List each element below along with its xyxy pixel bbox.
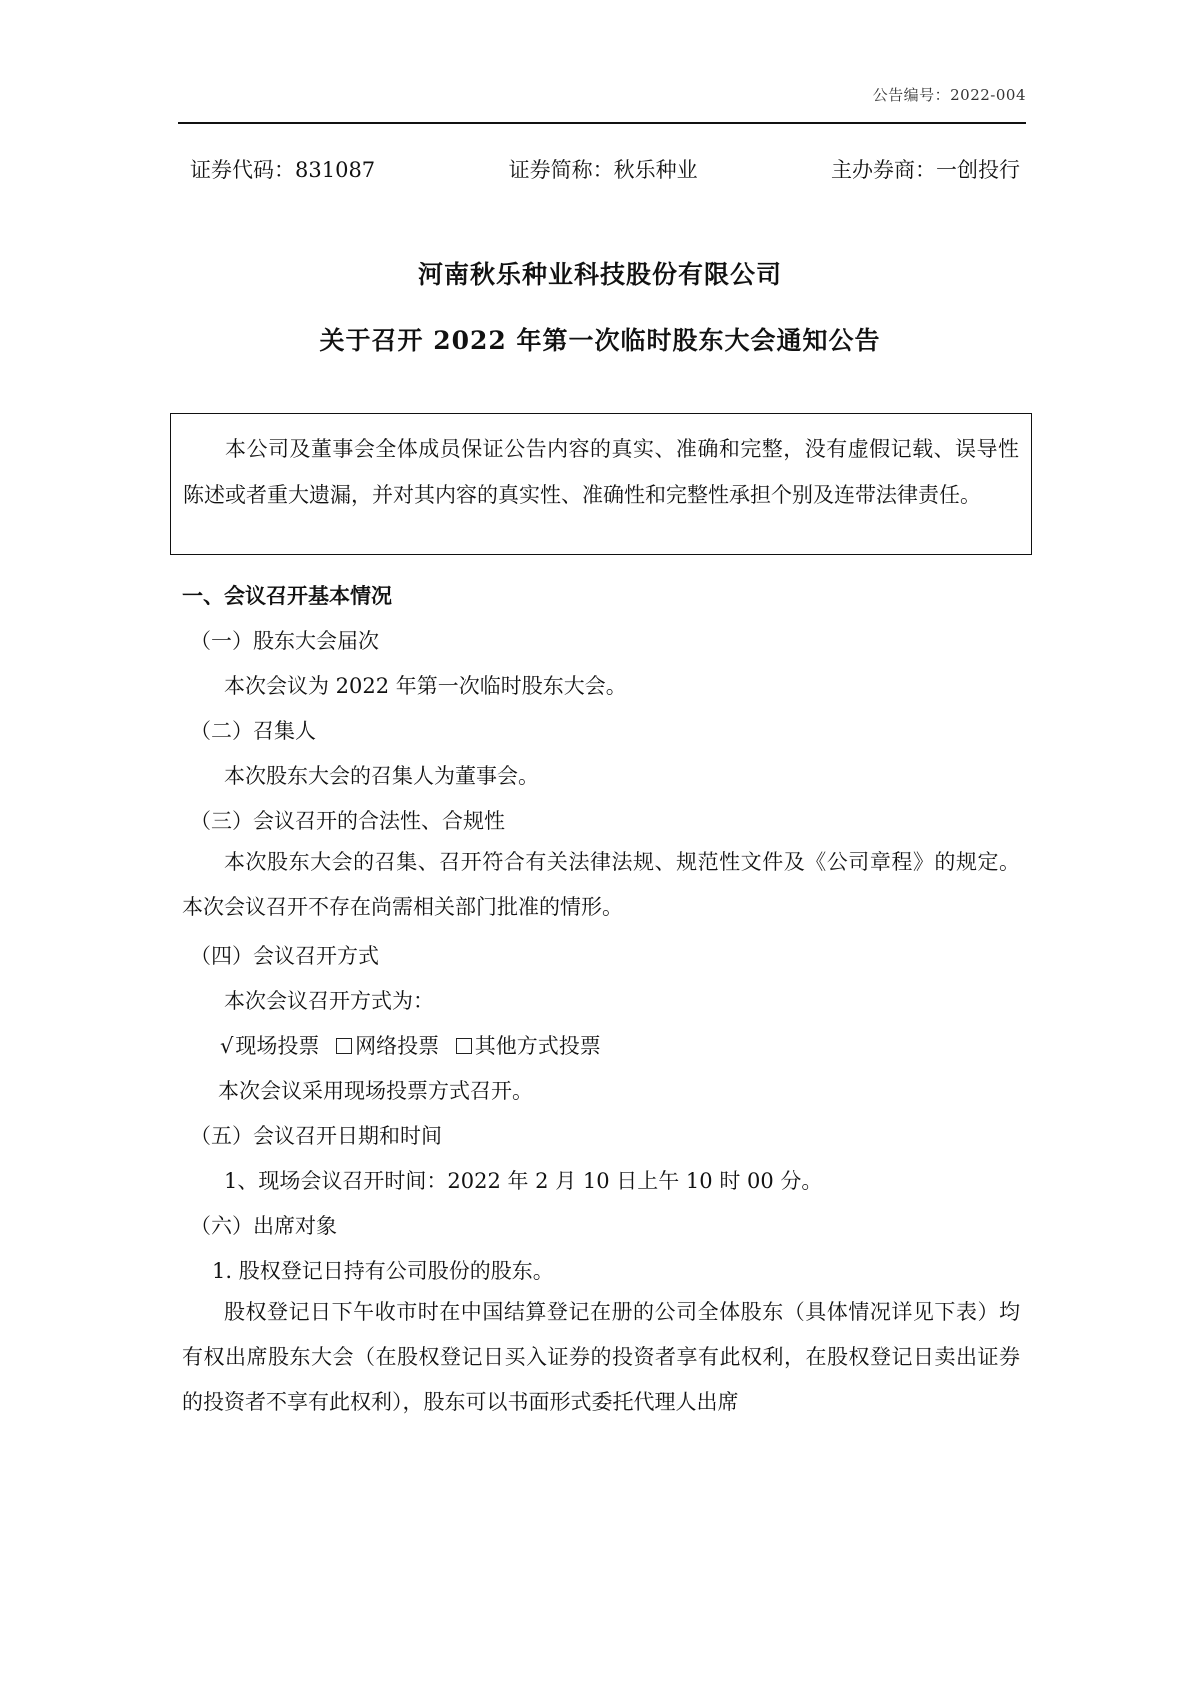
- security-short-name: 证券简称：秋乐种业: [509, 154, 698, 184]
- subsection-heading: （一）股东大会届次: [190, 625, 379, 655]
- paragraph: 股权登记日下午收市时在中国结算登记在册的公司全体股东（具体情况详见下表）均有权出…: [182, 1290, 1020, 1425]
- header-rule: [178, 122, 1026, 124]
- voting-options: √现场投票 网络投票 其他方式投票: [220, 1030, 611, 1060]
- paragraph: 本次会议采用现场投票方式召开。: [218, 1075, 533, 1105]
- disclaimer-box: 本公司及董事会全体成员保证公告内容的真实、准确和完整，没有虚假记载、误导性陈述或…: [170, 413, 1032, 555]
- paragraph: 1、现场会议召开时间：2022 年 2 月 10 日上午 10 时 00 分。: [224, 1165, 822, 1195]
- subsection-heading: （五）会议召开日期和时间: [190, 1120, 442, 1150]
- subsection-heading: （三）会议召开的合法性、合规性: [190, 805, 505, 835]
- list-item: 1. 股权登记日持有公司股份的股东。: [212, 1255, 554, 1285]
- vote-option-online: 网络投票: [336, 1030, 439, 1060]
- security-info-row: 证券代码：831087 证券简称：秋乐种业 主办券商：一创投行: [190, 154, 1020, 184]
- subsection-heading: （四）会议召开方式: [190, 940, 379, 970]
- paragraph: 本次股东大会的召集、召开符合有关法律法规、规范性文件及《公司章程》的规定。本次会…: [182, 840, 1020, 930]
- empty-checkbox-icon: [456, 1038, 472, 1054]
- security-code: 证券代码：831087: [190, 154, 375, 184]
- announcement-title: 关于召开 2022 年第一次临时股东大会通知公告: [0, 321, 1200, 357]
- empty-checkbox-icon: [336, 1038, 352, 1054]
- subsection-heading: （六）出席对象: [190, 1210, 337, 1240]
- document-page: 公告编号：2022-004 证券代码：831087 证券简称：秋乐种业 主办券商…: [0, 0, 1200, 1696]
- checkmark-icon: √: [220, 1034, 233, 1058]
- vote-option-other: 其他方式投票: [456, 1030, 601, 1060]
- disclaimer-text: 本公司及董事会全体成员保证公告内容的真实、准确和完整，没有虚假记载、误导性陈述或…: [183, 437, 1019, 507]
- vote-option-onsite: √现场投票: [220, 1030, 319, 1060]
- company-title: 河南秋乐种业科技股份有限公司: [0, 255, 1200, 291]
- paragraph: 本次会议召开方式为：: [224, 985, 434, 1015]
- subsection-heading: （二）召集人: [190, 715, 316, 745]
- paragraph: 本次会议为 2022 年第一次临时股东大会。: [224, 670, 627, 700]
- announcement-number: 公告编号：2022-004: [873, 84, 1026, 105]
- section-heading: 一、会议召开基本情况: [182, 580, 392, 610]
- paragraph: 本次股东大会的召集人为董事会。: [224, 760, 539, 790]
- sponsor-broker: 主办券商：一创投行: [831, 154, 1020, 184]
